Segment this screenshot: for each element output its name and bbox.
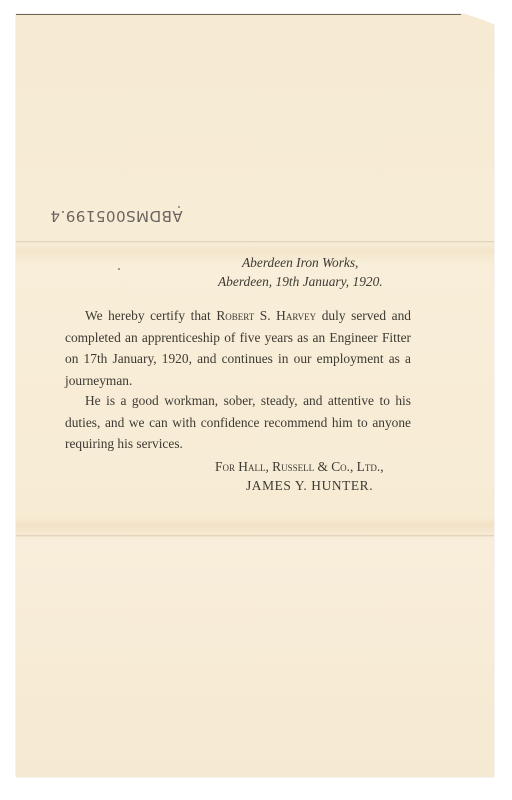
paper-speck <box>178 206 180 208</box>
paragraph-1-intro: We hereby certify that <box>85 308 216 323</box>
paper-top-edge <box>16 14 461 15</box>
company-signoff: For Hall, Russell & Co., Ltd., <box>215 459 384 475</box>
certificate-paragraph-1: We hereby certify that Robert S. Harvey … <box>65 305 411 391</box>
signatory-name: JAMES Y. HUNTER. <box>246 478 373 494</box>
paper-speck <box>118 268 120 270</box>
address-line-2: Aberdeen, 19th January, 1920. <box>218 274 383 290</box>
address-line-1: Aberdeen Iron Works, <box>242 255 358 271</box>
certificate-paragraph-2: He is a good workman, sober, steady, and… <box>65 390 411 455</box>
apprentice-name: Robert S. Harvey <box>216 308 316 323</box>
fold-line-lower <box>16 535 494 537</box>
archive-reference-mark: ABDMS005199.4 <box>50 207 183 225</box>
torn-corner <box>464 12 498 26</box>
fold-line-upper <box>16 241 494 243</box>
paragraph-2-text: He is a good workman, sober, steady, and… <box>65 393 411 451</box>
